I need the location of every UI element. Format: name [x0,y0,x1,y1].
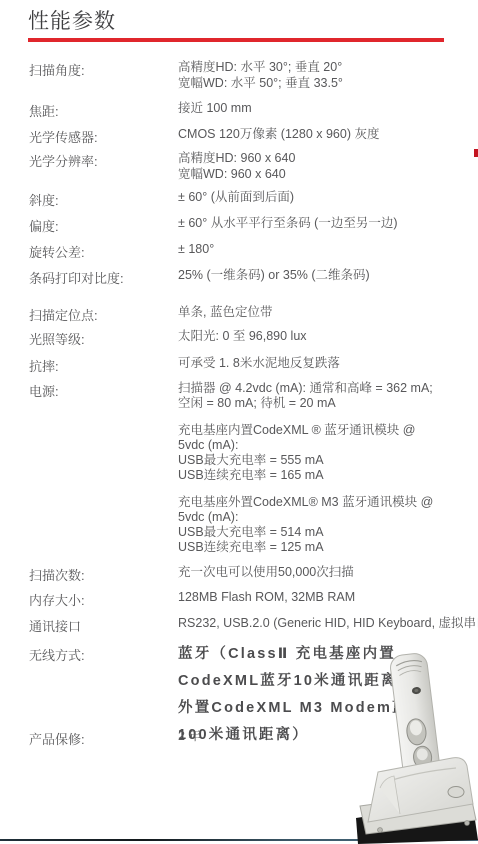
spec-line: USB连续充电率 = 125 mA [178,540,473,555]
spec-value: 充一次电可以使用50,000次扫描 [178,565,473,581]
spec-line: USB连续充电率 = 165 mA [178,468,473,483]
spec-label: 通讯接口 [29,616,175,635]
spec-line: 128MB Flash ROM, 32MB RAM [178,590,473,606]
spec-label: 条码打印对比度: [29,268,175,287]
spec-line: 宽幅WD: 960 x 640 [178,167,473,183]
spec-value: ± 180° [178,242,473,258]
spec-line: 充一次电可以使用50,000次扫描 [178,565,473,581]
power-block-external-bt: 充电基座外置CodeXML® M3 蓝牙通讯模块 @ 5vdc (mA): US… [178,495,473,555]
spec-line: USB最大充电率 = 555 mA [178,453,473,468]
spec-value: ± 60° (从前面到后面) [178,190,473,206]
spec-line: ± 60° 从水平平行至条码 (一边至另一边) [178,216,473,232]
spec-value: ± 60° 从水平平行至条码 (一边至另一边) [178,216,473,232]
power-block-scanner: 扫描器 @ 4.2vdc (mA): 通常和高峰 = 362 mA; 空闲 = … [178,381,473,411]
spec-line: 太阳光: 0 至 96,890 lux [178,329,473,345]
spec-label: 光照等级: [29,329,175,348]
spec-line: 接近 100 mm [178,101,473,117]
spec-label: 抗摔: [29,356,175,375]
title-underline [28,38,444,42]
spec-value: RS232, USB.2.0 (Generic HID, HID Keyboar… [178,616,473,632]
spec-label: 产品保修: [29,729,175,748]
spec-value: 高精度HD: 960 x 640 宽幅WD: 960 x 640 [178,151,473,182]
spec-line: RS232, USB.2.0 (Generic HID, HID Keyboar… [178,616,473,632]
spec-line: 高精度HD: 水平 30°; 垂直 20° [178,60,473,76]
spec-label: 光学分辨率: [29,151,175,170]
spec-line: ± 60° (从前面到后面) [178,190,473,206]
product-image-scanner-dock [356,642,478,844]
spec-label: 偏度: [29,216,175,235]
spec-line: 宽幅WD: 水平 50°; 垂直 33.5° [178,76,473,92]
spec-line: 可承受 1. 8米水泥地反复跌落 [178,356,473,372]
spec-value: CMOS 120万像素 (1280 x 960) 灰度 [178,127,473,143]
spec-value: 可承受 1. 8米水泥地反复跌落 [178,356,473,372]
spec-value: 25% (一维条码) or 35% (二维条码) [178,268,473,284]
spec-value: 接近 100 mm [178,101,473,117]
spec-value: 太阳光: 0 至 96,890 lux [178,329,473,345]
spec-line: USB最大充电率 = 514 mA [178,525,473,540]
spec-label: 光学传感器: [29,127,175,146]
spec-label: 扫描定位点: [29,305,175,324]
spec-label: 电源: [29,381,175,400]
spec-label: 扫描角度: [29,60,175,79]
red-edge-artifact [474,149,478,157]
spec-label: 焦距: [29,101,175,120]
spec-value: 扫描器 @ 4.2vdc (mA): 通常和高峰 = 362 mA; 空闲 = … [178,381,473,567]
page-title: 性能参数 [28,5,116,35]
spec-line: 充电基座内置CodeXML ® 蓝牙通讯模块 @ [178,423,473,438]
spec-line: 空闲 = 80 mA; 待机 = 20 mA [178,396,473,411]
spec-line: 5vdc (mA): [178,438,473,453]
spec-label: 扫描次数: [29,565,175,584]
spec-value: 128MB Flash ROM, 32MB RAM [178,590,473,606]
spec-line: CMOS 120万像素 (1280 x 960) 灰度 [178,127,473,143]
spec-value: 单条, 蓝色定位带 [178,305,473,321]
spec-label: 斜度: [29,190,175,209]
spec-line: 高精度HD: 960 x 640 [178,151,473,167]
spec-value: 高精度HD: 水平 30°; 垂直 20° 宽幅WD: 水平 50°; 垂直 3… [178,60,473,91]
spec-label: 内存大小: [29,590,175,609]
spec-label: 无线方式: [29,641,175,664]
spec-line: 5vdc (mA): [178,510,473,525]
spec-line: 单条, 蓝色定位带 [178,305,473,321]
spec-line: ± 180° [178,242,473,258]
spec-line: 25% (一维条码) or 35% (二维条码) [178,268,473,284]
power-block-internal-bt: 充电基座内置CodeXML ® 蓝牙通讯模块 @ 5vdc (mA): USB最… [178,423,473,483]
spec-line: 充电基座外置CodeXML® M3 蓝牙通讯模块 @ [178,495,473,510]
spec-label: 旋转公差: [29,242,175,261]
spec-line: 扫描器 @ 4.2vdc (mA): 通常和高峰 = 362 mA; [178,381,473,396]
